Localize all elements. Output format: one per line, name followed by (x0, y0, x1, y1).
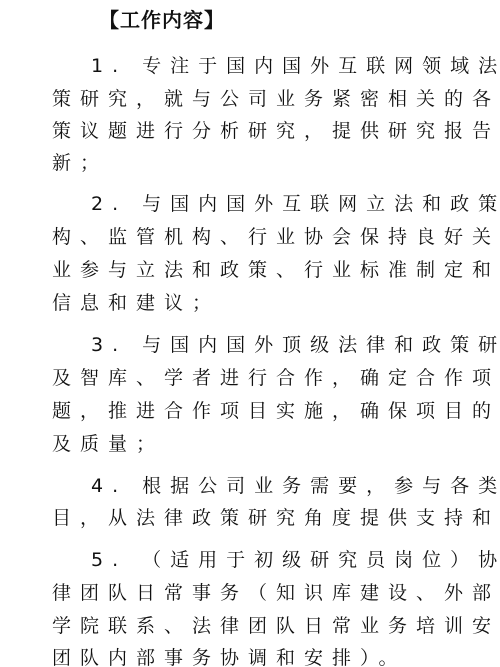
section-title: 【工作内容】 (99, 5, 225, 35)
paragraph-line: 策议题进行分析研究，提供研究报告和日常更 (52, 116, 452, 146)
paragraph-line: 4. 根据公司业务需要，参与各类重大项 (91, 471, 491, 501)
paragraph-line: 团队内部事务协调和安排）。 (52, 643, 452, 667)
paragraph-line: 及质量； (52, 429, 452, 459)
paragraph-line: 策研究，就与公司业务紧密相关的各类法律政 (52, 84, 452, 114)
paragraph-line: 信息和建议； (52, 288, 452, 318)
paragraph-line: 题，推进合作项目实施，确保项目的研究成果 (52, 396, 452, 426)
paragraph-line: 5. （适用于初级研究员岗位）协助管理法 (91, 545, 491, 575)
paragraph-line: 1. 专注于国内国外互联网领域法律和政 (91, 51, 491, 81)
paragraph-line: 业参与立法和政策、行业标准制定和研讨提供 (52, 255, 452, 285)
paragraph-line: 3. 与国内国外顶级法律和政策研究机构 (91, 330, 491, 360)
paragraph-line: 2. 与国内国外互联网立法和政策执行机 (91, 189, 491, 219)
paragraph-line: 学院联系、法律团队日常业务培训安排、法律 (52, 611, 452, 641)
paragraph-line: 新； (52, 148, 452, 178)
paragraph-line: 律团队日常事务（知识库建设、外部智库及法 (52, 578, 452, 608)
paragraph-line: 目，从法律政策研究角度提供支持和建议； (52, 503, 452, 533)
paragraph-line: 构、监管机构、行业协会保持良好关系，为企 (52, 222, 452, 252)
paragraph-line: 及智库、学者进行合作，确定合作项目和课 (52, 363, 452, 393)
